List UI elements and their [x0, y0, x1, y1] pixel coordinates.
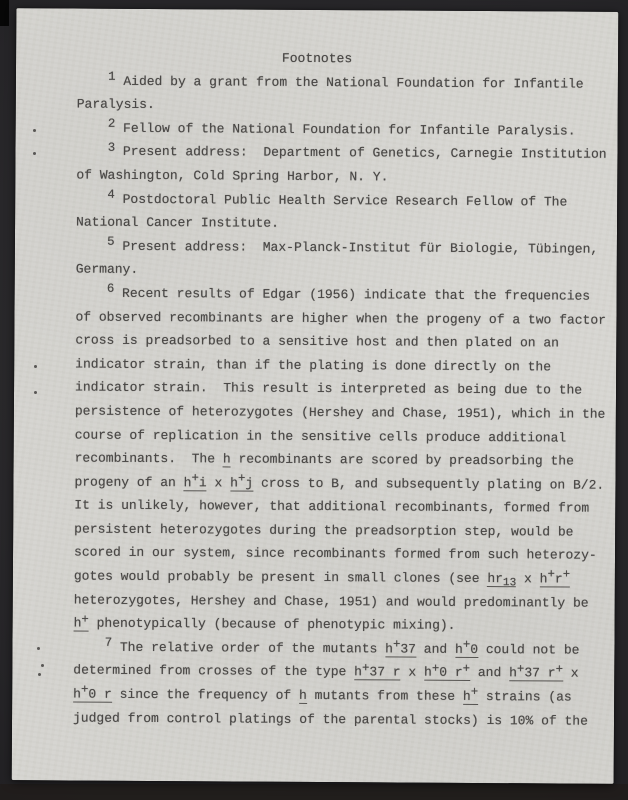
superscript-char: 5 [107, 231, 115, 255]
text-line: persistent heterozygotes during the prea… [74, 517, 554, 544]
paper-speck [34, 391, 37, 394]
scanner-bottom-shadow [0, 784, 628, 800]
paper-speck [38, 673, 41, 676]
paper-speck [41, 664, 44, 667]
text-line: 1 Aided by a grant from the National Fou… [77, 69, 557, 96]
text-line: 7 The relative order of the mutants h+37… [73, 635, 553, 662]
superscript-char: + [432, 657, 440, 681]
underlined-term: h+37 r+ [509, 666, 563, 682]
text-line: 4 Postdoctoral Public Health Service Res… [76, 187, 556, 214]
underlined-term: h+0 r [73, 687, 112, 703]
underlined-term: h+r+ [540, 571, 571, 587]
underlined-term: h+0 r+ [424, 665, 470, 681]
text-line: indicator strain. This result is interpr… [75, 376, 555, 403]
text-line: 2 Fellow of the National Foundation for … [77, 116, 557, 143]
scanner-edge-notch [0, 0, 9, 26]
paper-speck [34, 365, 37, 368]
text-line: h+ phenotypically (because of phenotypic… [74, 612, 554, 639]
underlined-term: hr13 [487, 571, 516, 587]
superscript-char: 2 [108, 113, 116, 137]
superscript-char: + [238, 468, 246, 492]
text-line: cross is preadsorbed to a sensitive host… [75, 329, 555, 356]
text-line: Germany. [76, 258, 556, 285]
superscript-char: + [393, 634, 401, 658]
paper-speck [37, 647, 40, 650]
superscript-char: 6 [107, 278, 115, 302]
underlined-term: h+37 r [354, 665, 401, 681]
scanned-page-background: Footnotes 1 Aided by a grant from the Na… [0, 0, 628, 800]
superscript-char: + [547, 564, 555, 588]
superscript-char: + [81, 608, 89, 632]
superscript-char: 4 [107, 184, 115, 208]
text-line: It is unlikely, however, that additional… [74, 494, 554, 521]
superscript-char: + [463, 658, 471, 682]
superscript-char: + [471, 681, 479, 705]
superscript-char: + [362, 657, 370, 681]
underlined-term: h+ [463, 689, 478, 705]
text-line: 3 Present address: Department of Genetic… [76, 140, 556, 167]
superscript-char: + [463, 634, 471, 658]
page-title: Footnotes [77, 46, 557, 73]
superscript-char: + [191, 467, 199, 491]
text-line: course of replication in the sensitive c… [75, 423, 555, 450]
paper: Footnotes 1 Aided by a grant from the Na… [12, 8, 619, 784]
text-line: 5 Present address: Max-Planck-Institut f… [76, 234, 556, 261]
footnote-text: Footnotes 1 Aided by a grant from the Na… [12, 8, 619, 784]
underlined-term: h+ [74, 616, 89, 632]
subscript-char: 3 [510, 572, 517, 596]
superscript-char: + [517, 658, 525, 682]
text-line: indicator strain, than if the plating is… [75, 352, 555, 379]
text-line: of observed recombinants are higher when… [75, 305, 555, 332]
text-line: persistence of heterozygotes (Hershey an… [75, 399, 555, 426]
underlined-term: h+37 [385, 641, 416, 657]
text-line: progeny of an h+i x h+j cross to B, and … [74, 470, 554, 497]
superscript-char: 3 [108, 136, 116, 160]
underlined-term: h+i [184, 475, 207, 491]
underlined-term: h+j [230, 475, 253, 491]
paper-speck [33, 129, 36, 132]
superscript-char: + [563, 564, 571, 588]
text-line: judged from control platings of the pare… [73, 706, 553, 733]
superscript-char: + [81, 679, 89, 703]
text-line: recombinants. The h recombinants are sco… [75, 447, 555, 474]
text-line: gotes would probably be present in small… [74, 565, 554, 592]
text-line: 6 Recent results of Edgar (1956) indicat… [76, 281, 556, 308]
text-line: h+0 r since the frequency of h mutants f… [73, 683, 553, 710]
paper-speck [33, 152, 36, 155]
text-line: of Washington, Cold Spring Harbor, N. Y. [76, 164, 556, 191]
underlined-term: h+0 [455, 642, 478, 658]
text-line: National Cancer Institute. [76, 211, 556, 238]
underlined-term: h [299, 688, 307, 704]
text-line: heterozygotes, Hershey and Chase, 1951) … [74, 588, 554, 615]
underlined-term: h [223, 452, 231, 468]
superscript-char: 7 [105, 632, 113, 656]
superscript-char: + [556, 658, 564, 682]
text-line: scored in our system, since recombinants… [74, 541, 554, 568]
superscript-char: 1 [108, 66, 116, 90]
text-line: determined from crosses of the type h+37… [73, 659, 553, 686]
text-line: Paralysis. [77, 93, 557, 120]
